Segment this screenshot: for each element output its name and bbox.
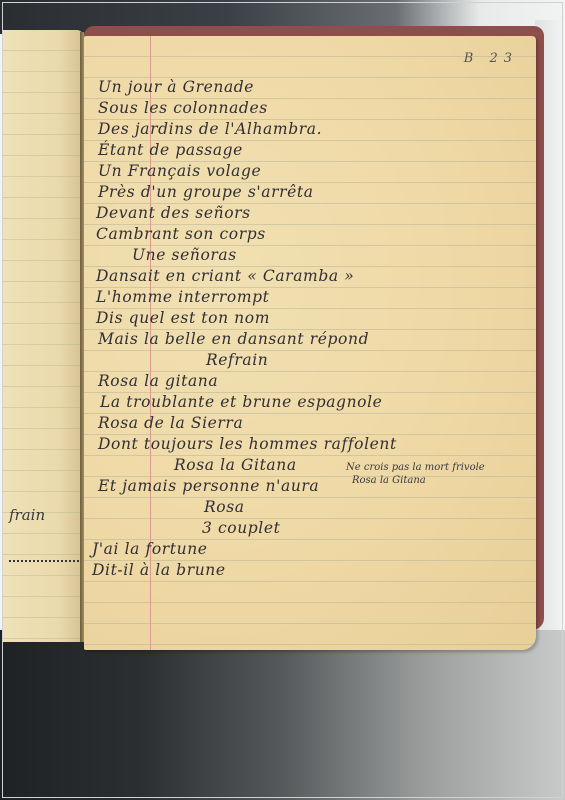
- facing-left-page: frain: [3, 30, 83, 642]
- lyric-line: J'ai la fortune: [92, 539, 208, 559]
- lyric-line: Dansait en criant « Caramba »: [96, 266, 354, 286]
- lyric-line: Dit-il à la brune: [92, 560, 226, 580]
- refrain-heading: Refrain: [206, 350, 268, 370]
- left-page-dotted-line: [9, 560, 79, 562]
- lyric-line: Dont toujours les hommes raffolent: [98, 434, 397, 454]
- lyric-line: Un jour à Grenade: [98, 77, 254, 97]
- margin-note-line-1: Ne crois pas la mort frivole: [346, 462, 485, 474]
- lyric-line: Cambrant son corps: [96, 224, 266, 244]
- left-page-word-fragment: frain: [9, 506, 45, 524]
- lyric-line: Une señoras: [132, 245, 237, 265]
- lyric-line: Mais la belle en dansant répond: [98, 329, 369, 349]
- lyric-line: L'homme interrompt: [96, 287, 270, 307]
- lyric-line: Rosa la gitana: [98, 371, 218, 391]
- lyric-line: Des jardins de l'Alhambra.: [98, 119, 322, 139]
- lyric-line: Et jamais personne n'aura: [98, 476, 319, 496]
- page-number: B 23: [464, 51, 518, 66]
- lyric-line: Dis quel est ton nom: [96, 308, 270, 328]
- notebook-page: B 23 Un jour à Grenade Sous les colonnad…: [84, 36, 536, 650]
- lyric-line: Sous les colonnades: [98, 98, 268, 118]
- lyric-line: Devant des señors: [96, 203, 251, 223]
- lyric-line: Étant de passage: [98, 140, 243, 160]
- lyric-line: Près d'un groupe s'arrêta: [98, 182, 314, 202]
- margin-note-line-2: Rosa la Gitana: [352, 475, 426, 487]
- lyric-line: Rosa de la Sierra: [98, 413, 243, 433]
- scanner-background-bottom: [0, 630, 565, 800]
- lyric-line: La troublante et brune espagnole: [100, 392, 382, 412]
- lyric-line: Rosa la Gitana: [174, 455, 297, 475]
- lyric-line: Un Français volage: [98, 161, 261, 181]
- verse-heading: 3 couplet: [202, 518, 280, 538]
- lyric-line: Rosa: [204, 497, 245, 517]
